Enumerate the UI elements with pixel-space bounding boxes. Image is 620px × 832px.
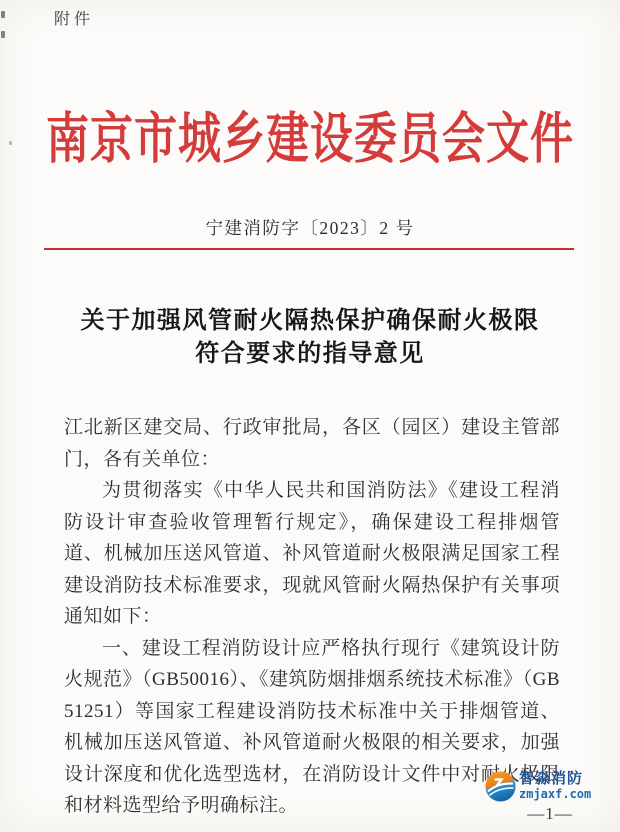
document-title: 关于加强风管耐火隔热保护确保耐火极限 符合要求的指导意见 xyxy=(0,305,620,371)
watermark-url: zmjaxf.com xyxy=(519,788,591,800)
watermark: 智淼消防 zmjaxf.com xyxy=(485,771,591,802)
watermark-text: 智淼消防 zmjaxf.com xyxy=(519,771,591,800)
page-number: —1— xyxy=(505,804,595,824)
document-title-line-1: 关于加强风管耐火隔热保护确保耐火极限 xyxy=(81,308,540,334)
doc-number: 宁建消防字〔2023〕2 号 xyxy=(0,215,620,240)
document-title-line-2: 符合要求的指导意见 xyxy=(195,341,425,367)
scan-artifact xyxy=(1,31,5,38)
document-body: 江北新区建交局、行政审批局，各区（园区）建设主管部门，各有关单位： 为贯彻落实《… xyxy=(64,412,560,822)
document-page: 附件 南京市城乡建设委员会文件 宁建消防字〔2023〕2 号 关于加强风管耐火隔… xyxy=(0,0,620,832)
scan-artifact xyxy=(1,11,5,18)
attachment-label: 附件 xyxy=(54,6,94,29)
body-paragraph-1: 为贯彻落实《中华人民共和国消防法》《建设工程消防设计审查验收管理暂行规定》，确保… xyxy=(64,475,560,633)
red-divider-rule xyxy=(44,248,574,250)
salutation: 江北新区建交局、行政审批局，各区（园区）建设主管部门，各有关单位： xyxy=(64,412,560,475)
zhimiao-logo-icon xyxy=(485,771,516,802)
watermark-brand: 智淼消防 xyxy=(519,771,591,786)
agency-header: 南京市城乡建设委员会文件 xyxy=(0,96,620,174)
